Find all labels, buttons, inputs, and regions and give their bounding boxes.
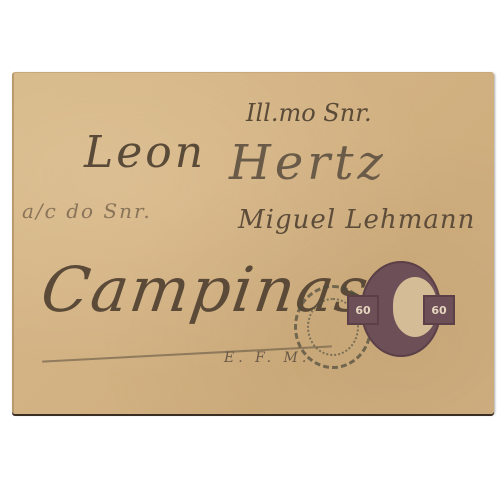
stamp-value-right: 60 (423, 295, 455, 325)
envelope: Ill.mo Snr. Leon Hertz a/c do Snr. Migue… (12, 72, 494, 414)
stamp-value-left: 60 (347, 295, 379, 325)
care-of-prefix: a/c do Snr. (22, 201, 152, 221)
postage-stamp: 60 60 (347, 261, 455, 357)
recipient-first-name: Leon (84, 131, 206, 175)
routing-note: E. F. M. (224, 351, 310, 365)
recipient-last-name: Hertz (229, 139, 387, 187)
care-of-name: Miguel Lehmann (238, 207, 475, 233)
honorific-text: Ill.mo Snr. (246, 101, 372, 125)
